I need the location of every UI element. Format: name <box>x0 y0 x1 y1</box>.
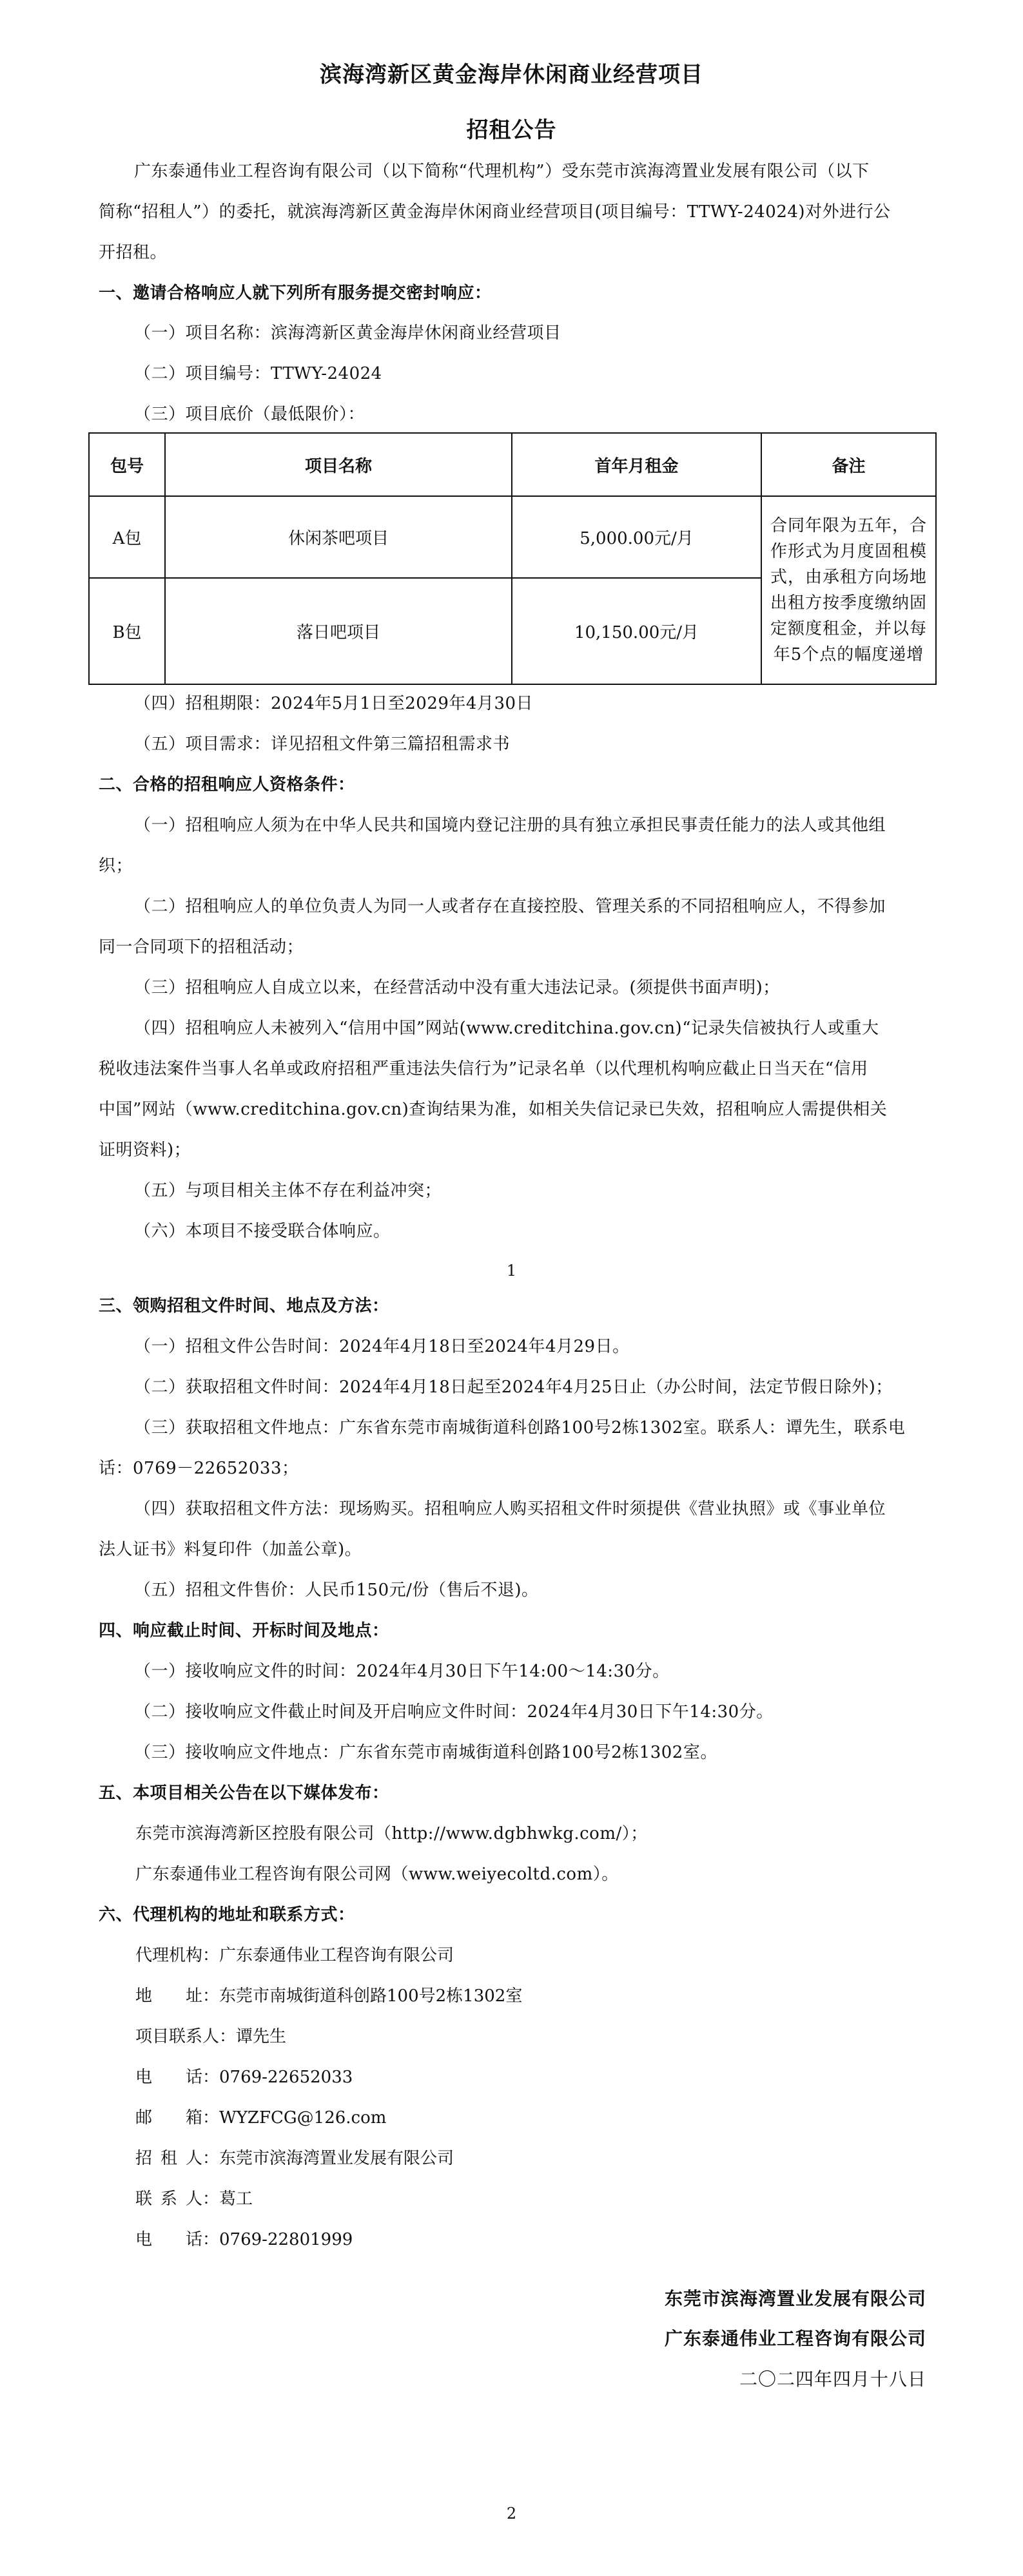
contact-email: 邮箱：WYZFCG@126.com <box>135 2107 386 2129</box>
section-item: （二）项目编号：TTWY-24024 <box>134 363 382 385</box>
contact-value: 谭先生 <box>236 2027 286 2046</box>
section-line: （三）接收响应文件地点：广东省东莞市南城街道科创路100号2栋1302室。 <box>134 1742 717 1764</box>
section-line: 法人证书》料复印件（加盖公章)。 <box>99 1539 362 1561</box>
signature-date: 二〇二四年四月十八日 <box>739 2365 926 2391</box>
section-item: （三）项目底价（最低限价）： <box>134 403 365 425</box>
contact-lessor-person: 联系人：葛工 <box>135 2188 253 2210</box>
note-cell: 合同年限为五年，合作形式为月度固租模式，由承租方向场地出租方按季度缴纳固定额度租… <box>761 496 936 684</box>
contact-lessor: 招租人：东莞市滨海湾置业发展有限公司 <box>135 2148 454 2169</box>
section-line: （四）招租响应人未被列入“信用中国”网站(www.creditchina.gov… <box>134 1017 879 1039</box>
section-line: （四）获取招租文件方法：现场购买。招租响应人购买招租文件时须提供《营业执照》或《… <box>134 1498 886 1520</box>
section-line: （一）招租文件公告时间：2024年4月18日至2024年4月29日。 <box>134 1336 630 1358</box>
contact-phone: 电话：0769-22652033 <box>135 2066 353 2088</box>
page-number: 2 <box>0 2504 1023 2523</box>
contact-value: 0769-22652033 <box>219 2068 353 2087</box>
section-item: （一）项目名称：滨海湾新区黄金海岸休闲商业经营项目 <box>134 322 561 344</box>
table-header-cell: 备注 <box>761 433 936 496</box>
section-line: （一）招租响应人须为在中华人民共和国境内登记注册的具有独立承担民事责任能力的法人… <box>134 814 886 836</box>
project-name-cell: 休闲茶吧项目 <box>165 496 512 578</box>
section-heading: 五、本项目相关公告在以下媒体发布： <box>99 1782 389 1804</box>
document-page: 滨海湾新区黄金海岸休闲商业经营项目 招租公告 广东泰通伟业工程咨询有限公司（以下… <box>0 0 1023 2576</box>
section-line: （三）获取招租文件地点：广东省东莞市南城街道科创路100号2栋1302室。联系人… <box>134 1417 905 1439</box>
table-row: A包 休闲茶吧项目 5,000.00元/月 合同年限为五年，合作形式为月度固租模… <box>89 496 936 578</box>
section-heading: 一、邀请合格响应人就下列所有服务提交密封响应： <box>99 282 492 304</box>
section-line: 话：0769－22652033； <box>99 1457 299 1479</box>
section-item: （四）招租期限：2024年5月1日至2029年4月30日 <box>134 693 533 715</box>
contact-value: WYZFCG@126.com <box>219 2108 386 2128</box>
section-line: 证明资料)； <box>99 1139 191 1161</box>
section-line: （二）接收响应文件截止时间及开启响应文件时间：2024年4月30日下午14:30… <box>134 1701 774 1723</box>
document-title: 滨海湾新区黄金海岸休闲商业经营项目 <box>0 57 1023 88</box>
table-header-cell: 包号 <box>89 433 165 496</box>
section-line: （五）与项目相关主体不存在利益冲突； <box>134 1180 442 1202</box>
contact-value: 葛工 <box>219 2189 253 2209</box>
base-price-table: 包号 项目名称 首年月租金 备注 A包 休闲茶吧项目 5,000.00元/月 合… <box>88 432 937 685</box>
media-link: 广东泰通伟业工程咨询有限公司网（www.weiyecoltd.com）。 <box>135 1863 619 1885</box>
contact-value: 广东泰通伟业工程咨询有限公司 <box>219 1946 454 1965</box>
section-line: 中国”网站（www.creditchina.gov.cn)查询结果为准，如相关失… <box>99 1099 887 1120</box>
section-line: （六）本项目不接受联合体响应。 <box>134 1220 391 1242</box>
section-line: （一）接收响应文件的时间：2024年4月30日下午14:00～14:30分。 <box>134 1660 670 1682</box>
section-heading: 六、代理机构的地址和联系方式： <box>99 1904 355 1926</box>
table-header-row: 包号 项目名称 首年月租金 备注 <box>89 433 936 496</box>
section-line: （二）获取招租文件时间：2024年4月18日起至2024年4月25日止（办公时间… <box>134 1376 893 1398</box>
package-cell: B包 <box>89 578 165 684</box>
contact-value: 0769-22801999 <box>219 2230 353 2249</box>
contact-label: 招租人 <box>135 2148 202 2169</box>
section-line: 税收违法案件当事人名单或政府招租严重违法失信行为”记录名单（以代理机构响应截止日… <box>99 1058 868 1080</box>
section-line: 织； <box>99 855 133 877</box>
contact-label: 地址 <box>135 1985 202 2007</box>
section-line: （二）招租响应人的单位负责人为同一人或者存在直接控股、管理关系的不同招租响应人，… <box>134 896 886 918</box>
table-header-cell: 首年月租金 <box>512 433 761 496</box>
document-subtitle: 招租公告 <box>0 112 1023 144</box>
signature-agency: 广东泰通伟业工程咨询有限公司 <box>665 2325 926 2350</box>
section-line: 同一合同项下的招租活动； <box>99 936 304 958</box>
contact-label: 电话 <box>135 2066 202 2088</box>
section-heading: 三、领购招租文件时间、地点及方法： <box>99 1295 389 1317</box>
contact-agency: 代理机构：广东泰通伟业工程咨询有限公司 <box>135 1945 454 1966</box>
contact-label: 邮箱 <box>135 2107 202 2129</box>
media-link: 东莞市滨海湾新区控股有限公司（http://www.dgbhwkg.com/）； <box>135 1823 648 1845</box>
intro-line: 广东泰通伟业工程咨询有限公司（以下简称“代理机构”）受东莞市滨海湾置业发展有限公… <box>134 160 870 182</box>
intro-line: 简称“招租人”）的委托，就滨海湾新区黄金海岸休闲商业经营项目(项目编号：TTWY… <box>99 201 891 223</box>
section-line: （三）招租响应人自成立以来，在经营活动中没有重大违法记录。(须提供书面声明)； <box>134 977 780 999</box>
contact-project-person: 项目联系人：谭先生 <box>135 2026 286 2048</box>
section-heading: 四、响应截止时间、开标时间及地点： <box>99 1620 389 1642</box>
project-name-cell: 落日吧项目 <box>165 578 512 684</box>
contact-lessor-phone: 电话：0769-22801999 <box>135 2229 353 2251</box>
section-item: （五）项目需求：详见招租文件第三篇招租需求书 <box>134 733 510 755</box>
contact-label: 电话 <box>135 2229 202 2251</box>
page-number: 1 <box>0 1262 1023 1280</box>
signature-lessor: 东莞市滨海湾置业发展有限公司 <box>665 2285 926 2311</box>
section-heading: 二、合格的招租响应人资格条件： <box>99 774 355 796</box>
table-header-cell: 项目名称 <box>165 433 512 496</box>
contact-label: 项目联系人 <box>135 2027 219 2046</box>
contact-address: 地址：东莞市南城街道科创路100号2栋1302室 <box>135 1985 522 2007</box>
package-cell: A包 <box>89 496 165 578</box>
rent-cell: 10,150.00元/月 <box>512 578 761 684</box>
rent-cell: 5,000.00元/月 <box>512 496 761 578</box>
intro-line: 开招租。 <box>99 242 167 264</box>
section-line: （五）招租文件售价：人民币150元/份（售后不退)。 <box>134 1579 539 1601</box>
contact-label: 代理机构 <box>135 1945 202 1966</box>
contact-value: 东莞市南城街道科创路100号2栋1302室 <box>219 1986 522 2006</box>
contact-value: 东莞市滨海湾置业发展有限公司 <box>219 2149 454 2168</box>
contact-label: 联系人 <box>135 2188 202 2210</box>
